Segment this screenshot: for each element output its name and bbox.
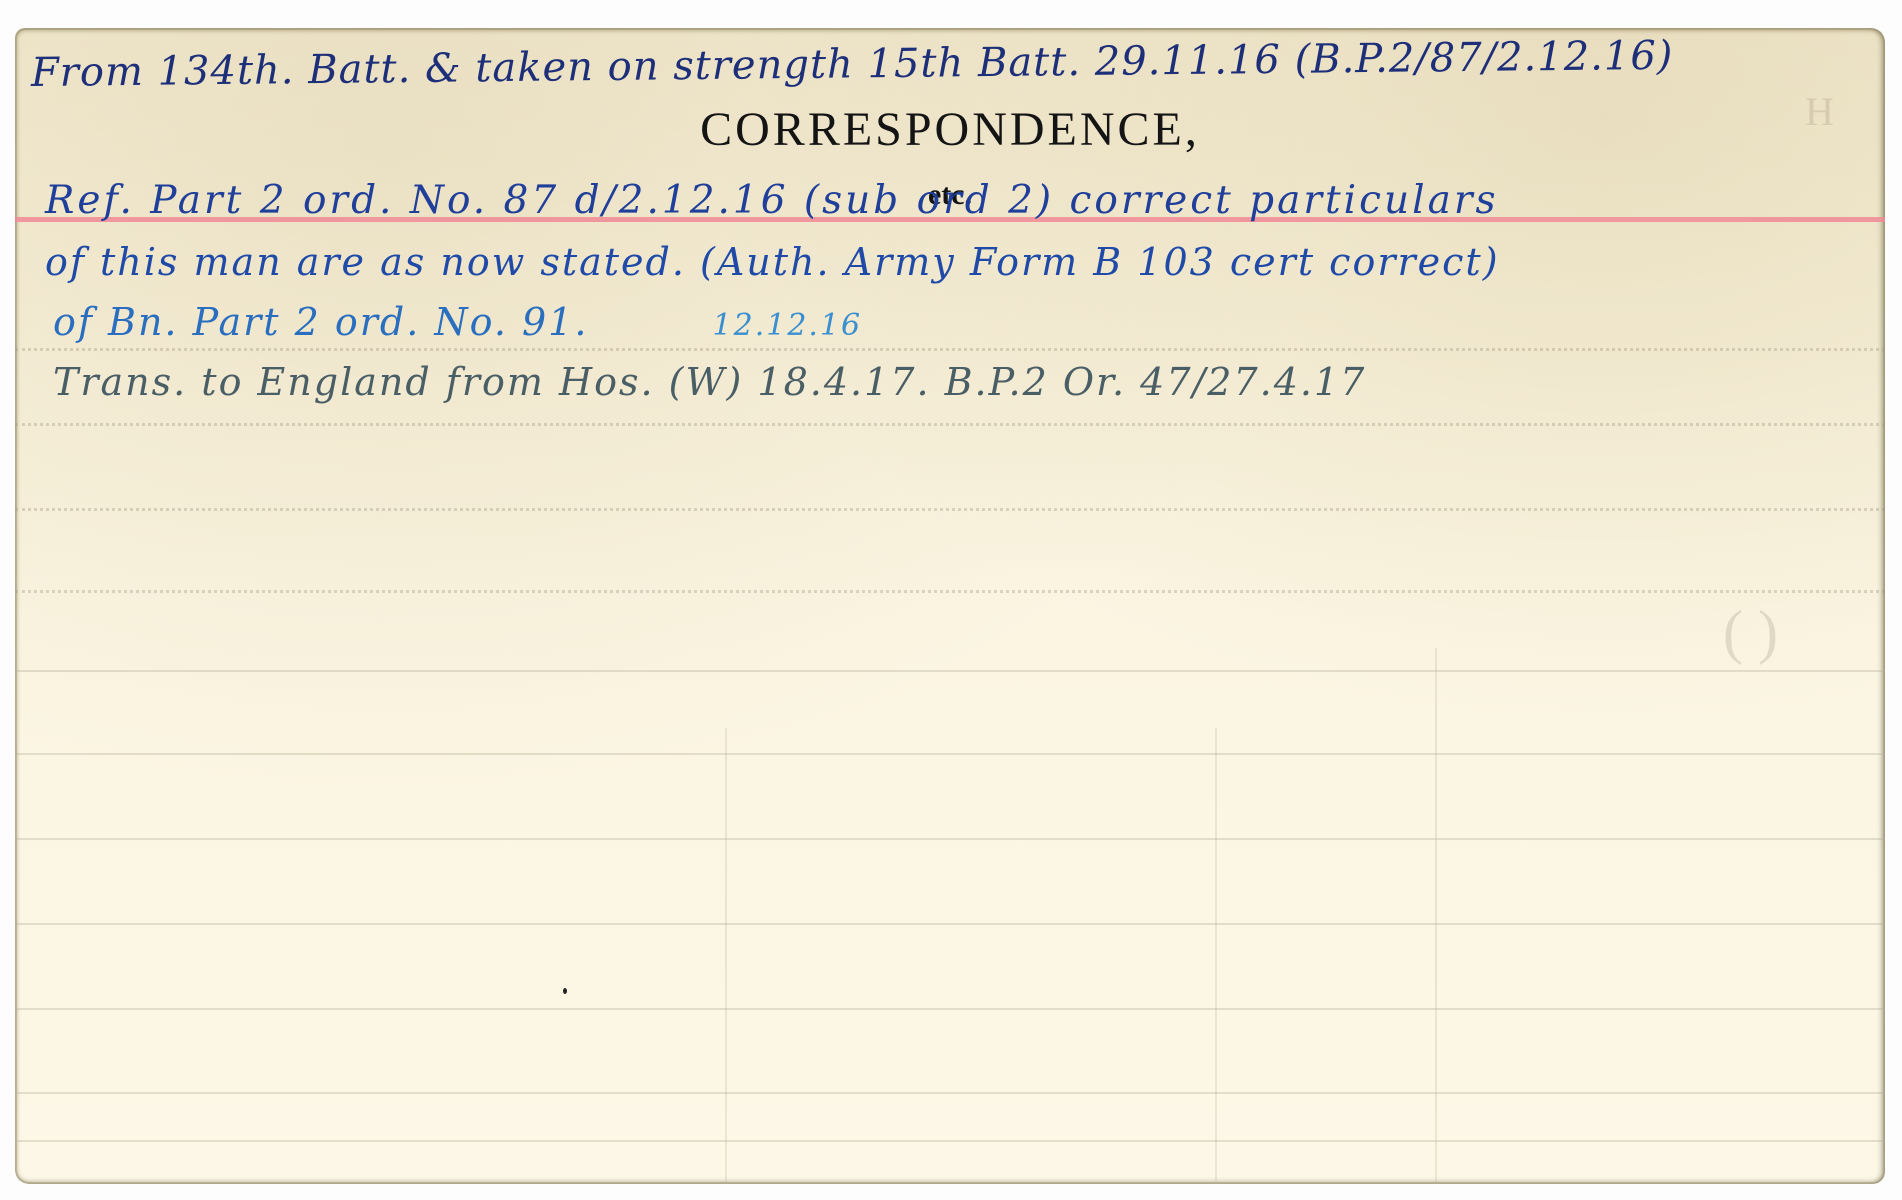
handwritten-entry-england-transfer: Trans. to England from Hos. (W) 18.4.17.… [53, 360, 1366, 404]
ruled-line [15, 753, 1885, 755]
handwritten-entry-transfer: From 134th. Batt. & taken on strength 15… [31, 33, 1674, 96]
ruled-line [15, 423, 1885, 426]
ruled-line [15, 1092, 1885, 1094]
ruled-line [15, 1008, 1885, 1010]
battalion-order-text: of Bn. Part 2 ord. No. 91. [53, 300, 588, 344]
column-line [1215, 728, 1217, 1184]
ruled-line [15, 508, 1885, 511]
ruled-line [15, 348, 1885, 351]
battalion-order-date: 12.12.16 [713, 308, 863, 343]
column-line [725, 728, 727, 1184]
show-through-mark: ( ) [1723, 598, 1778, 667]
printed-heading: CORRESPONDENCE, [15, 102, 1885, 157]
ruled-line [15, 838, 1885, 840]
column-line [1435, 648, 1437, 1184]
ruled-line [15, 590, 1885, 593]
record-card: H ( ) CORRESPONDENCE, etc. From 134th. B… [15, 28, 1885, 1184]
handwritten-entry-battalion-order: of Bn. Part 2 ord. No. 91. 12.12.16 [53, 300, 862, 344]
handwritten-entry-reference: Ref. Part 2 ord. No. 87 d/2.12.16 (sub o… [45, 178, 1499, 223]
ruled-line [15, 670, 1885, 672]
ruled-line [15, 923, 1885, 925]
scan-background: H ( ) CORRESPONDENCE, etc. From 134th. B… [0, 0, 1902, 1200]
ink-speck [563, 988, 567, 994]
ruled-line [15, 1140, 1885, 1142]
handwritten-entry-particulars: of this man are as now stated. (Auth. Ar… [45, 240, 1500, 284]
